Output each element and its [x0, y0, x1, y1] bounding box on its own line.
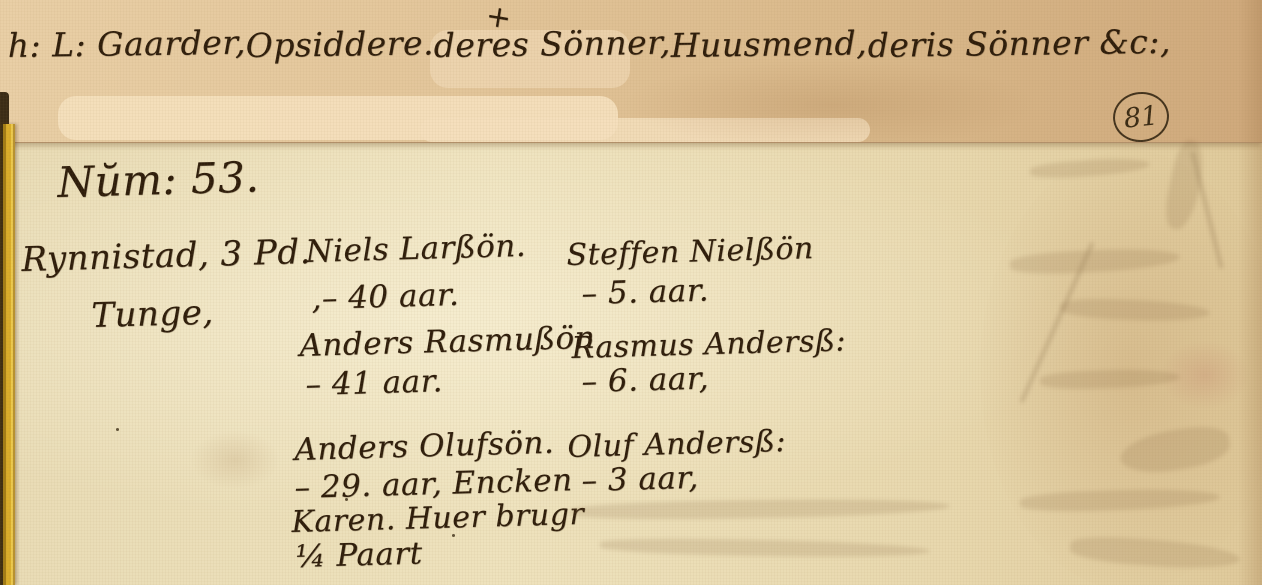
header-word-deres-sonner: deres Sönner, — [434, 23, 672, 65]
header-word-huusmend: Huusmend, — [671, 23, 868, 65]
record-number-heading: Nŭm: 53. — [57, 152, 260, 207]
header-word-gaarder: h: L: Gaarder, — [7, 23, 246, 65]
header-word-opsiddere: Opsiddere. — [246, 23, 435, 65]
farmer-name: Anders Olufsön. — [294, 425, 555, 468]
parchment-header-strip — [0, 0, 1262, 143]
farm-rent-line: Tunge, — [91, 293, 214, 336]
ink-speck — [116, 428, 119, 431]
ink-speck — [452, 534, 455, 537]
farmer-age: – 41 aar. — [305, 363, 443, 403]
son-age: – 5. aar. — [581, 272, 709, 312]
header-word-deris-sonner: deris Sönner &c:, — [867, 22, 1171, 65]
manuscript-page-scan: h: L: Gaarder, Opsiddere. deres Sönner, … — [0, 0, 1262, 585]
son-age: – 3 aar, — [581, 460, 699, 499]
ink-speck — [345, 498, 348, 501]
son-age: – 6. aar, — [581, 360, 709, 400]
farmer-part-note: ¼ Paart — [295, 535, 423, 575]
son-name: Steffen Nielßön — [566, 231, 814, 273]
farmer-name: Niels Larßön. — [305, 228, 527, 270]
son-name: Oluf Andersß: — [567, 424, 786, 465]
farmer-age: ,– 40 aar. — [311, 277, 460, 317]
gilt-book-edge — [0, 124, 15, 585]
farm-name-line: Rynnistad, 3 Pd. — [21, 232, 312, 280]
column-header-row: h: L: Gaarder, Opsiddere. deres Sönner, … — [8, 26, 1156, 65]
folio-number: 81 — [1122, 100, 1159, 134]
